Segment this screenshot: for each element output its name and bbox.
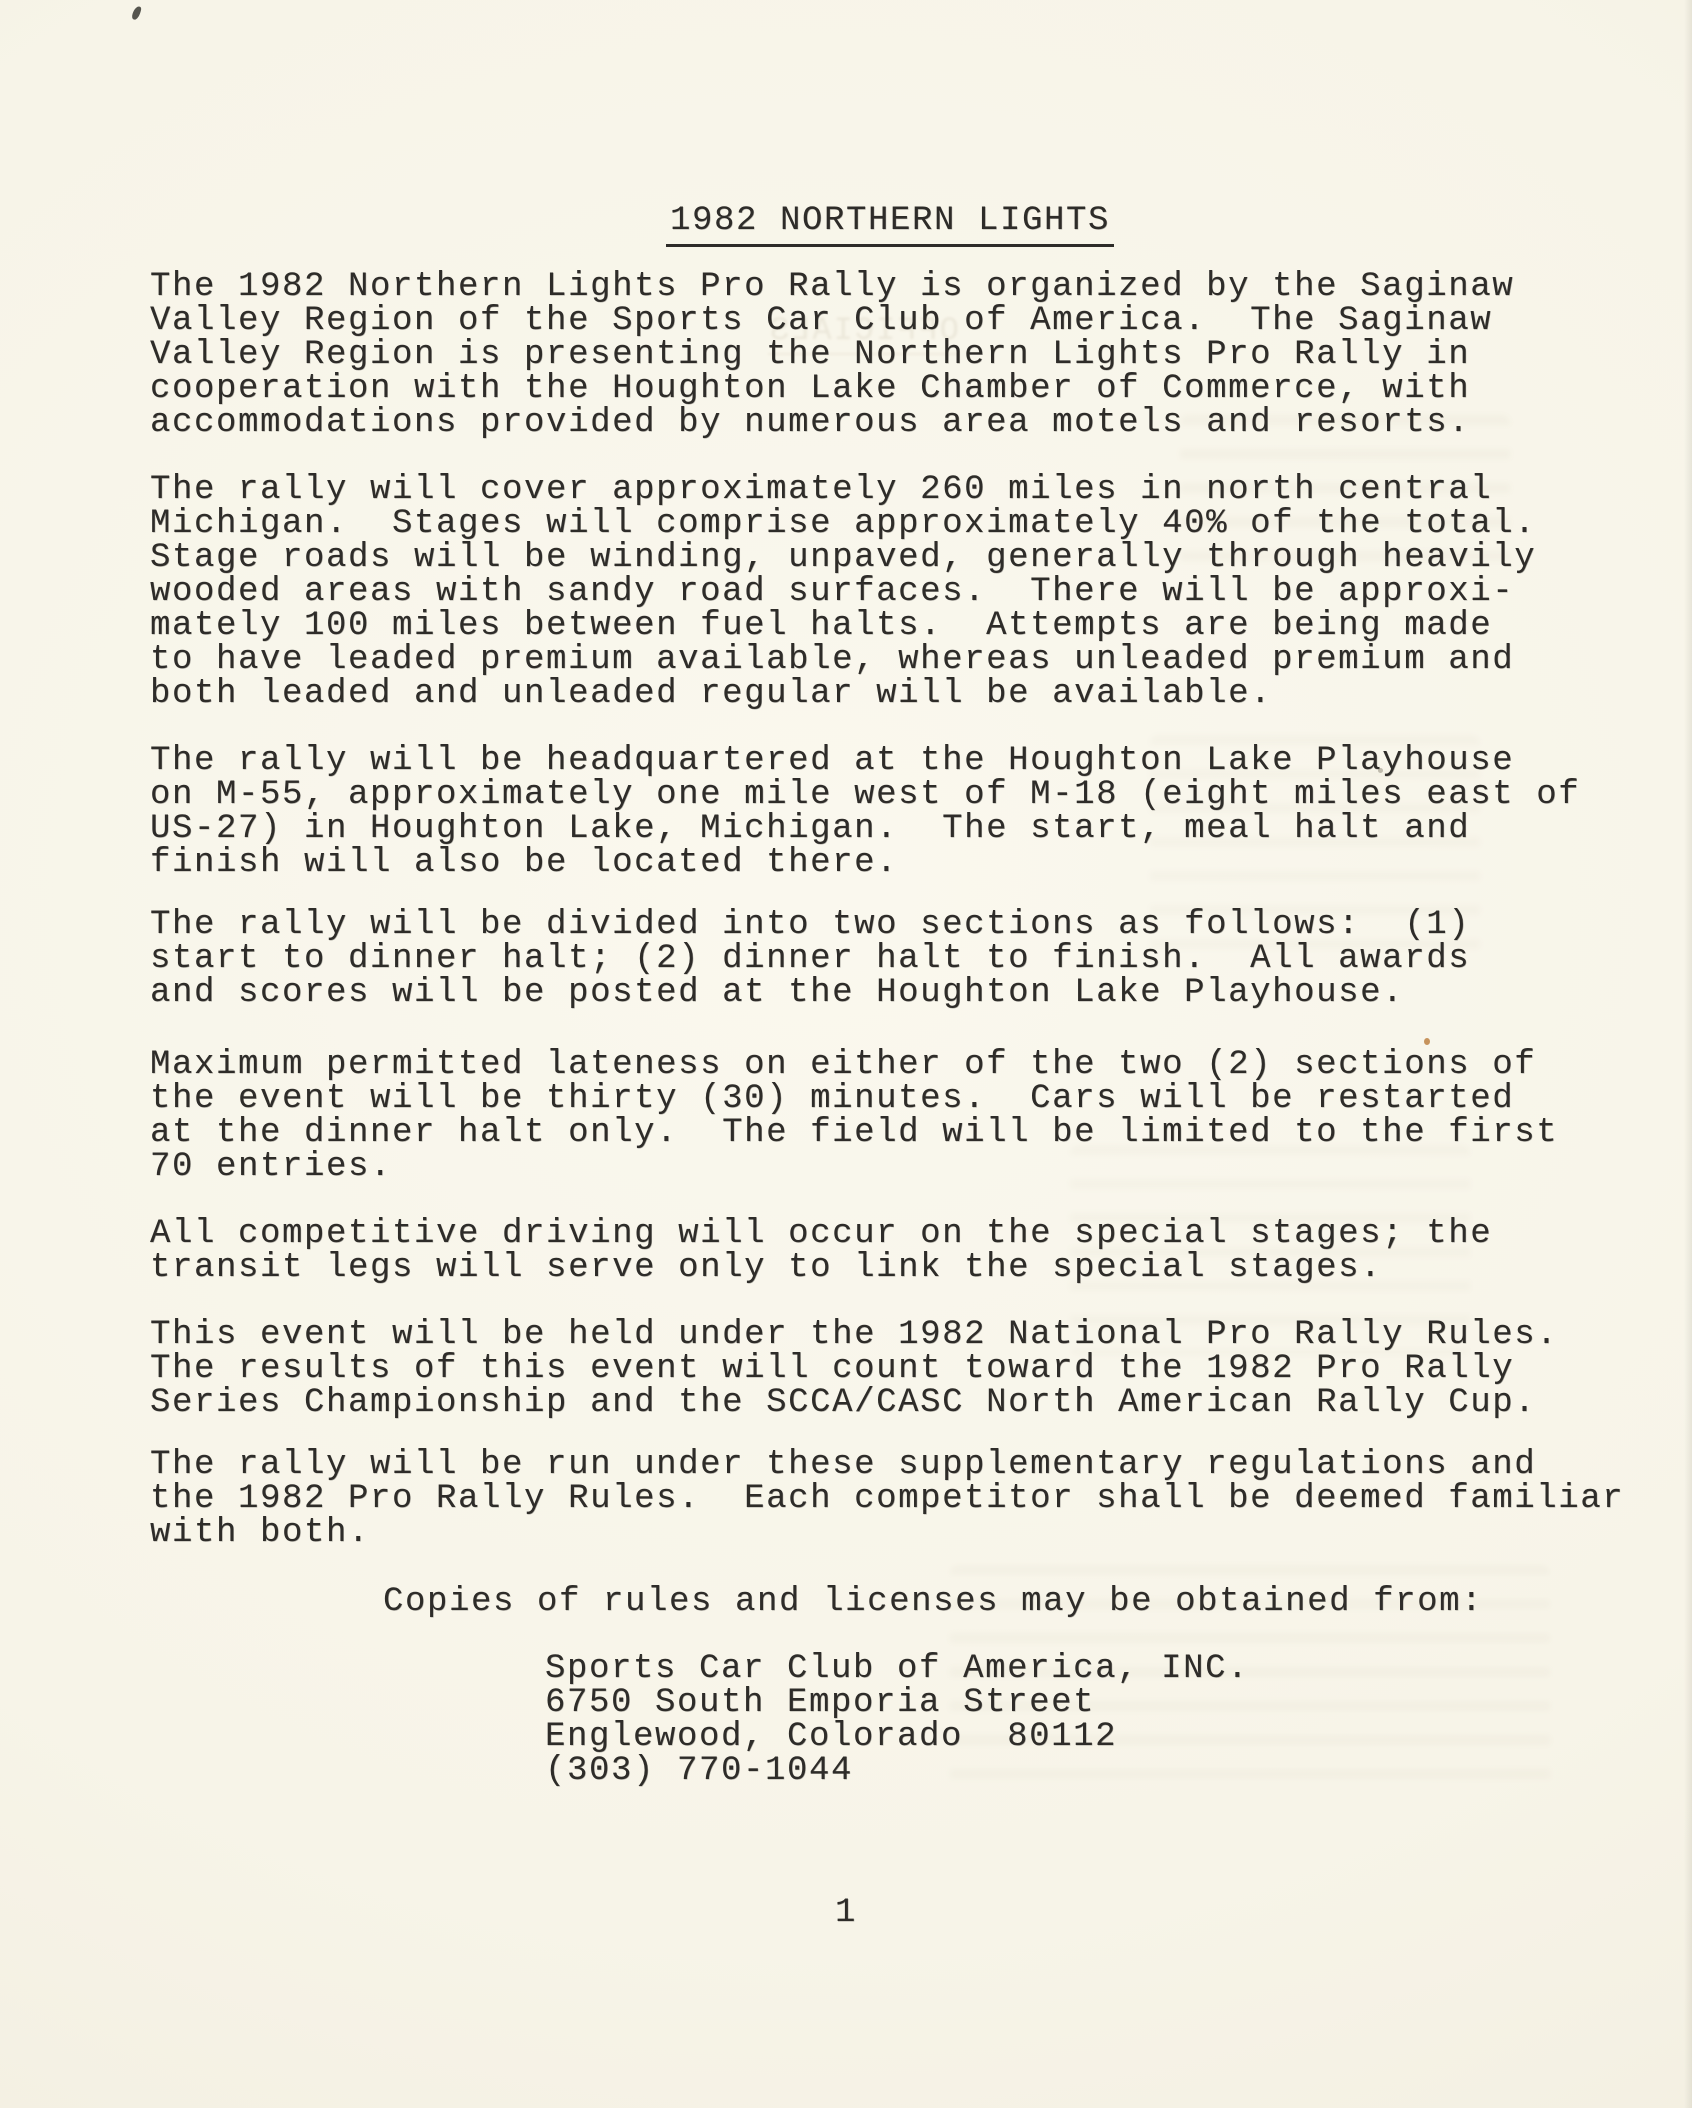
scan-artifact-mark (131, 5, 142, 20)
address-block: Sports Car Club of America, INC. 6750 So… (545, 1652, 1249, 1788)
paragraph-regulations: The rally will be run under these supple… (150, 1448, 1624, 1550)
scan-speck (1378, 768, 1383, 773)
document-title-text: 1982 NORTHERN LIGHTS (666, 204, 1114, 247)
document-title: 1982 NORTHERN LIGHTS (0, 170, 1692, 281)
paragraph-rules: This event will be held under the 1982 N… (150, 1318, 1558, 1420)
paragraph-intro: The 1982 Northern Lights Pro Rally is or… (150, 270, 1514, 440)
paragraph-lateness: Maximum permitted lateness on either of … (150, 1048, 1558, 1184)
copies-note: Copies of rules and licenses may be obta… (383, 1585, 1483, 1619)
paragraph-sections: The rally will be divided into two secti… (150, 908, 1470, 1010)
scan-speck (1424, 1038, 1430, 1045)
scanned-document-page: OFFICIALS 1982 NORTHERN LIGHTS The 1982 … (0, 0, 1692, 2108)
scan-edge-shadow (1684, 0, 1692, 2108)
paragraph-headquarters: The rally will be headquartered at the H… (150, 744, 1580, 880)
page-number: 1 (0, 1896, 1692, 1930)
paragraph-route-description: The rally will cover approximately 260 m… (150, 473, 1536, 711)
paragraph-competitive-driving: All competitive driving will occur on th… (150, 1217, 1492, 1285)
